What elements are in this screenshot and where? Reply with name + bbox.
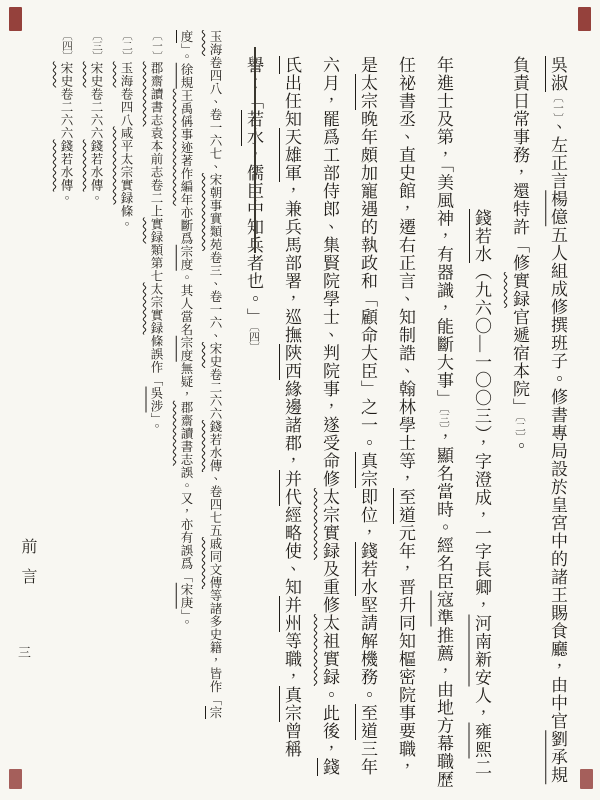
footnote-ref: 〔一〕: [552, 92, 563, 118]
text-run: 條誤作「: [149, 335, 163, 387]
footnote-separator-rule: [254, 47, 256, 253]
text-run: 堅請解機務。: [358, 596, 377, 704]
book-title: 戚同文傳: [208, 537, 222, 589]
book-title: 玉海: [119, 62, 133, 88]
proper-name: 吳涉: [149, 387, 163, 413]
book-title: 太祖實録: [320, 614, 339, 686]
text-run: 卷四八: [119, 88, 133, 127]
book-title: 咸平太宗實録: [119, 127, 133, 205]
text-run: 。: [89, 192, 103, 205]
proper-name: 錢若水: [358, 542, 377, 596]
text-run: 卷二六六: [208, 368, 222, 420]
footnote-continuation: 玉海卷四八、卷一六七、宋朝事實類苑卷三、卷一六、宋史卷二六六錢若水傳、卷四七五戚…: [171, 30, 254, 732]
footnote-ref: 〔三〕: [438, 408, 449, 429]
book-title: 郡齋讀書志: [149, 62, 163, 127]
text-run: 。其人當名: [179, 271, 193, 336]
text-run: 卷四八、卷一六七、: [208, 56, 222, 173]
text-run: 」。: [149, 413, 163, 433]
footnote-marker: 〔三〕: [91, 30, 102, 62]
text-run: 晚年頗加寵遇的執政和「顧命大臣」之一。: [358, 110, 377, 452]
corner-scan-mark-bottom-right: [580, 769, 593, 789]
book-title: 實録: [149, 218, 163, 244]
footnote-marker: 〔四〕: [61, 30, 72, 62]
corner-scan-mark-bottom-left: [9, 769, 22, 789]
text-run: 、左正言: [548, 118, 567, 190]
proper-name: 天雄軍: [282, 128, 301, 182]
footnote: 〔一〕郡齋讀書志袁本前志卷二上實録類第七太宗實録條誤作「吳涉」。: [141, 30, 171, 732]
corner-scan-mark-top-right: [578, 7, 591, 31]
text-run: 。: [510, 437, 529, 455]
proper-name: 徐規: [179, 63, 193, 89]
proper-name: 太宗: [358, 74, 377, 110]
text-run: 等職，: [282, 632, 301, 686]
proper-name: 并州: [282, 596, 301, 632]
book-title: 實録: [510, 272, 529, 308]
text-run: 出任知: [282, 74, 301, 128]
text-run: 人，: [472, 687, 491, 723]
footnote-marker: 〔二〕: [121, 30, 132, 62]
book-title: 宋史: [208, 342, 222, 368]
text-run: 卷三、卷一六、: [208, 251, 222, 342]
proper-name: 至道: [358, 704, 377, 740]
text-run: （九六〇—一〇〇三），字澄成，一字長卿，: [472, 263, 491, 615]
book-title: 郡齋讀書志: [179, 401, 193, 466]
text-run: 官遞宿本院」: [510, 308, 529, 416]
text-run: 經略使、知: [282, 506, 301, 596]
proper-name: 宋庚: [179, 583, 193, 609]
proper-name: 寇準: [434, 591, 453, 627]
page-number: 三: [18, 642, 31, 661]
text-run: 無疑，: [179, 362, 193, 401]
book-title: 王禹偁事迹著作編年: [179, 89, 193, 206]
footnote-block: 玉海卷四八、卷一六七、宋朝事實類苑卷三、卷一六、宋史卷二六六錢若水傳、卷四七五戚…: [78, 30, 254, 732]
text-run: 」。: [179, 43, 193, 63]
book-title: 宋朝事實類苑: [208, 173, 222, 251]
book-title: 宋史: [59, 62, 73, 88]
text-run: 即位，: [358, 488, 377, 542]
footnote-marker: 〔一〕: [151, 30, 162, 62]
main-paragraph: 吳淑〔一〕、左正言楊億五人組成修撰班子。修書專局設於皇宮中的諸王賜食廳，由中官劉…: [500, 56, 576, 790]
text-run: 條。: [119, 205, 133, 231]
text-run: 袁本前志卷二上: [149, 127, 163, 218]
footnote: 〔二〕玉海卷四八咸平太宗實録條。: [111, 30, 141, 732]
main-paragraph: 錢若水（九六〇—一〇〇三），字澄成，一字長卿，河南新安人，雍熙二年進士及第，「美…: [234, 56, 500, 790]
book-title: 錢若水傳: [59, 140, 73, 192]
book-title: 太宗實録: [320, 488, 339, 560]
proper-name: 河南新安: [472, 615, 491, 687]
proper-name: 錢若水: [472, 209, 491, 263]
proper-name: 吳淑: [548, 56, 567, 92]
book-title: 錢若水傳: [208, 420, 222, 472]
proper-name: 楊億: [548, 190, 567, 226]
text-run: 卷二六六: [89, 88, 103, 140]
footnote-ref: 〔二〕: [514, 416, 525, 437]
corner-scan-mark-top-left: [9, 7, 22, 31]
text-run: 誤。又，亦有誤爲「: [179, 466, 193, 583]
text-run: 卷二六六: [59, 88, 73, 140]
text-run: 、卷四七五: [208, 472, 222, 537]
text-run: 負責日常事務，還特許「修: [510, 56, 529, 272]
proper-name: 并代: [282, 470, 301, 506]
footnote: 〔四〕宋史卷二六六錢若水傳。: [51, 30, 81, 732]
book-title: 玉海: [208, 30, 222, 56]
text-run: 五人組成修撰班子。修書專局設於皇宮中的諸王賜食廳，由中官: [548, 226, 567, 730]
text-run: 」。: [179, 609, 193, 629]
proper-name: 至道: [396, 488, 415, 524]
footnote: 〔三〕宋史卷二六六錢若水傳。: [81, 30, 111, 732]
text-run: ，兼兵馬部署，巡撫: [282, 182, 301, 344]
text-run: 等諸多史籍，皆作「: [208, 589, 222, 706]
text-run: ，顯名當時。經名臣: [434, 429, 453, 591]
text-run: 類第七: [149, 244, 163, 283]
book-title: 錢若水傳: [89, 140, 103, 192]
text-run: 及重修: [320, 560, 339, 614]
proper-name: 雍熙: [472, 723, 491, 759]
text-run: 亦斷爲: [179, 206, 193, 245]
text-run: 緣邊諸郡，: [282, 380, 301, 470]
proper-name: 陝西: [282, 344, 301, 380]
running-header: 前言: [16, 538, 39, 598]
text-run: 。: [59, 192, 73, 205]
proper-name: 真宗: [282, 686, 301, 722]
main-text-block: 吳淑〔一〕、左正言楊億五人組成修撰班子。修書專局設於皇宮中的諸王賜食廳，由中官劉…: [272, 56, 576, 790]
book-page: 吳淑〔一〕、左正言楊億五人組成修撰班子。修書專局設於皇宮中的諸王賜食廳，由中官劉…: [0, 0, 600, 800]
proper-name: 宗度: [179, 245, 193, 271]
book-title: 太宗實録: [149, 283, 163, 335]
text-run: 。此後，: [320, 686, 339, 758]
proper-name: 劉承規: [548, 730, 567, 784]
proper-name: 真宗: [358, 452, 377, 488]
proper-name: 宗度: [179, 336, 193, 362]
book-title: 宋史: [89, 62, 103, 88]
